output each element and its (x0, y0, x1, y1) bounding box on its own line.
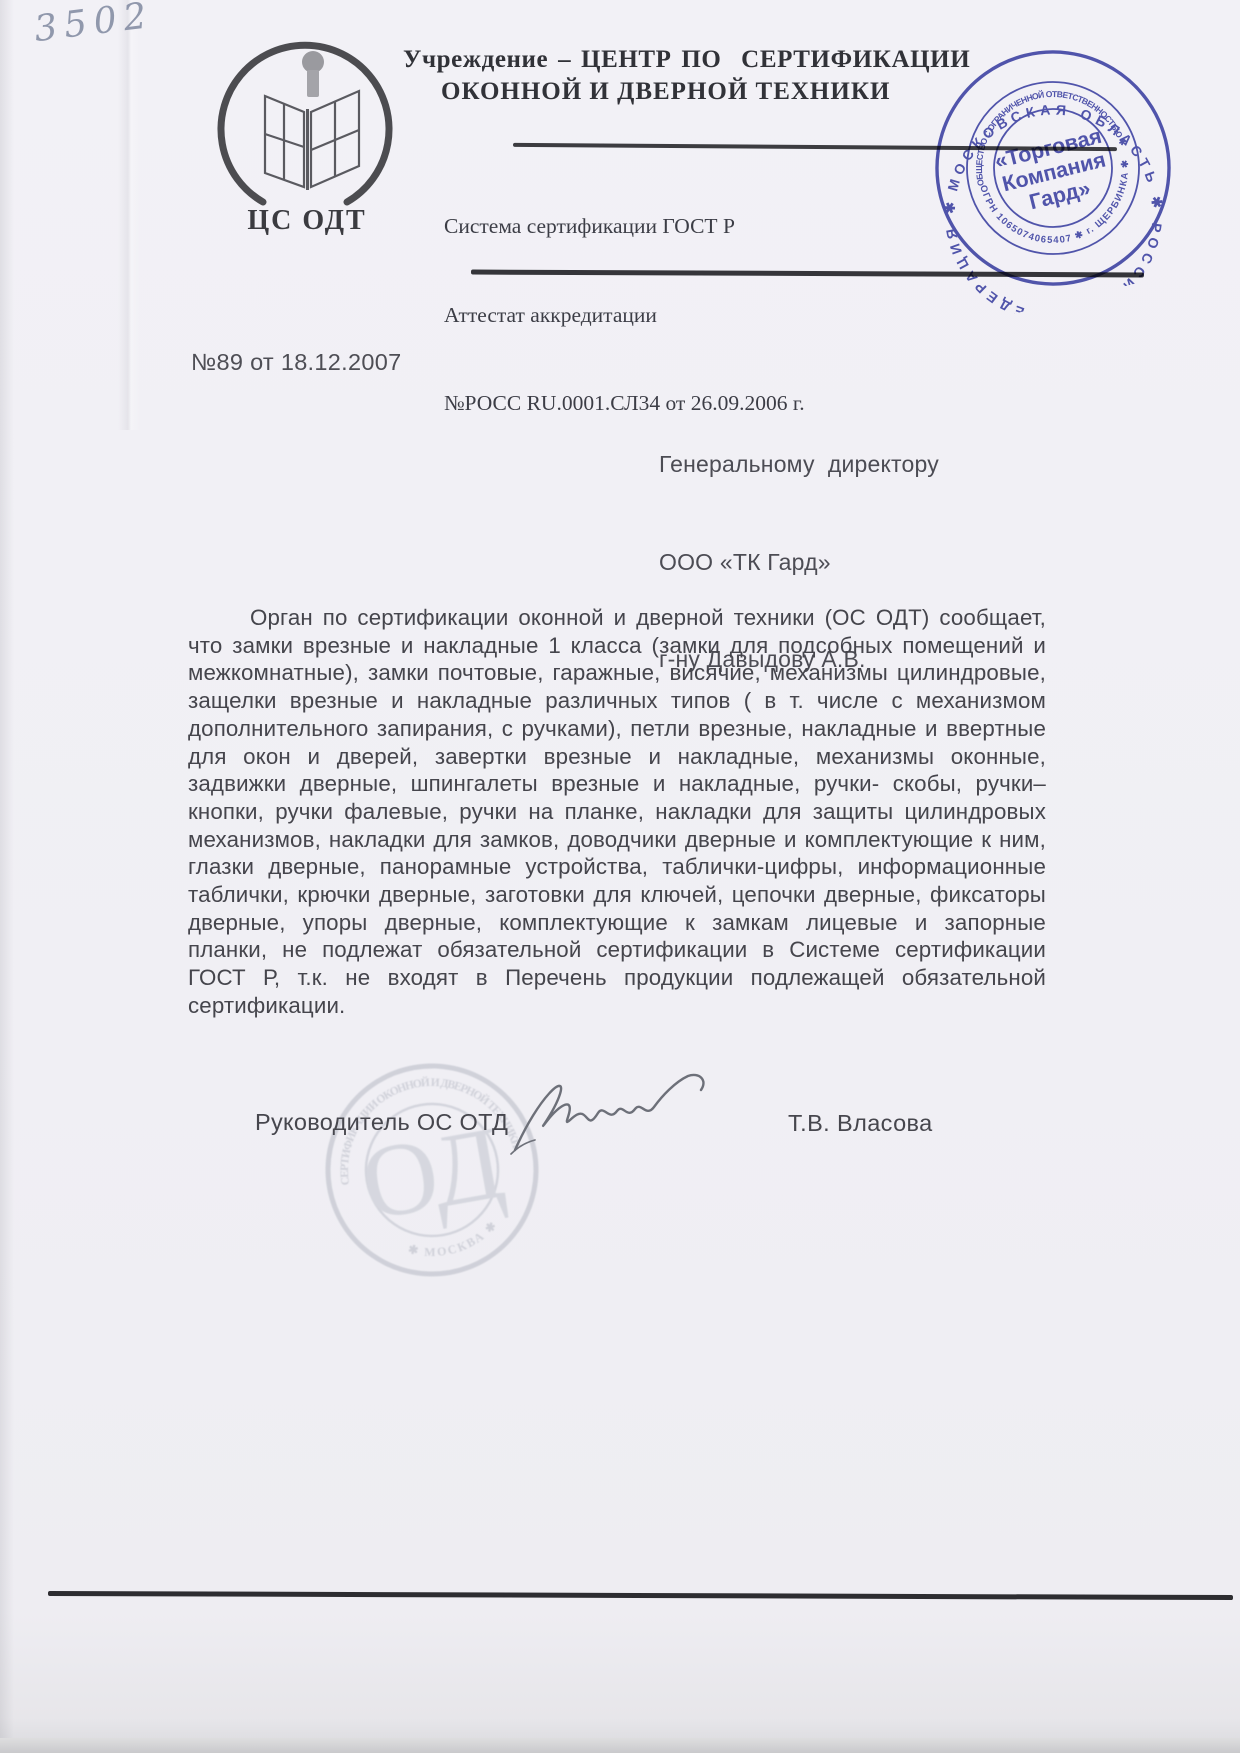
scan-edge-shadow (0, 0, 14, 1753)
bottom-rule (48, 1591, 1233, 1600)
body-paragraph: Орган по сертификации оконной и дверной … (188, 604, 1046, 1020)
paper-crease (118, 0, 140, 430)
accreditation-line: Аттестат аккредитации (444, 301, 924, 331)
signature-scribble-icon (505, 1068, 720, 1168)
org-title-line1: Учреждение – ЦЕНТР ПО СЕРТИФИКАЦИИ (403, 46, 963, 74)
handwritten-number: 3502 (32, 0, 156, 50)
org-title-line2: ОКОННОЙ И ДВЕРНОЙ ТЕХНИКИ (403, 78, 963, 106)
recipient-line2: ООО «ТК Гард» (659, 546, 939, 579)
logo-caption: ЦС ОДТ (247, 205, 366, 236)
scanned-letter-page: 3502 ЦС ОДТ Учреждение – ЦЕНТР ПО СЕРТИФ… (0, 0, 1240, 1753)
recipient-line1: Генеральному директору (659, 448, 939, 481)
outgoing-number-date: №89 от 18.12.2007 (191, 349, 401, 376)
cert-system-line: Система сертификации ГОСТ Р (444, 212, 924, 242)
scan-bottom-edge (0, 1738, 1240, 1753)
logo-graphic: ЦС ОДТ (212, 33, 402, 245)
stamp-center-text: «Торговая Компания Гард» (992, 124, 1115, 220)
org-title: Учреждение – ЦЕНТР ПО СЕРТИФИКАЦИИ ОКОНН… (403, 46, 963, 106)
logo-key-icon (302, 51, 324, 97)
logo-window-icon (265, 91, 359, 190)
org-logo: ЦС ОДТ (212, 33, 402, 245)
signature-name: Т.В. Власова (788, 1110, 933, 1137)
signature-title: Руководитель ОС ОТД (255, 1109, 508, 1136)
